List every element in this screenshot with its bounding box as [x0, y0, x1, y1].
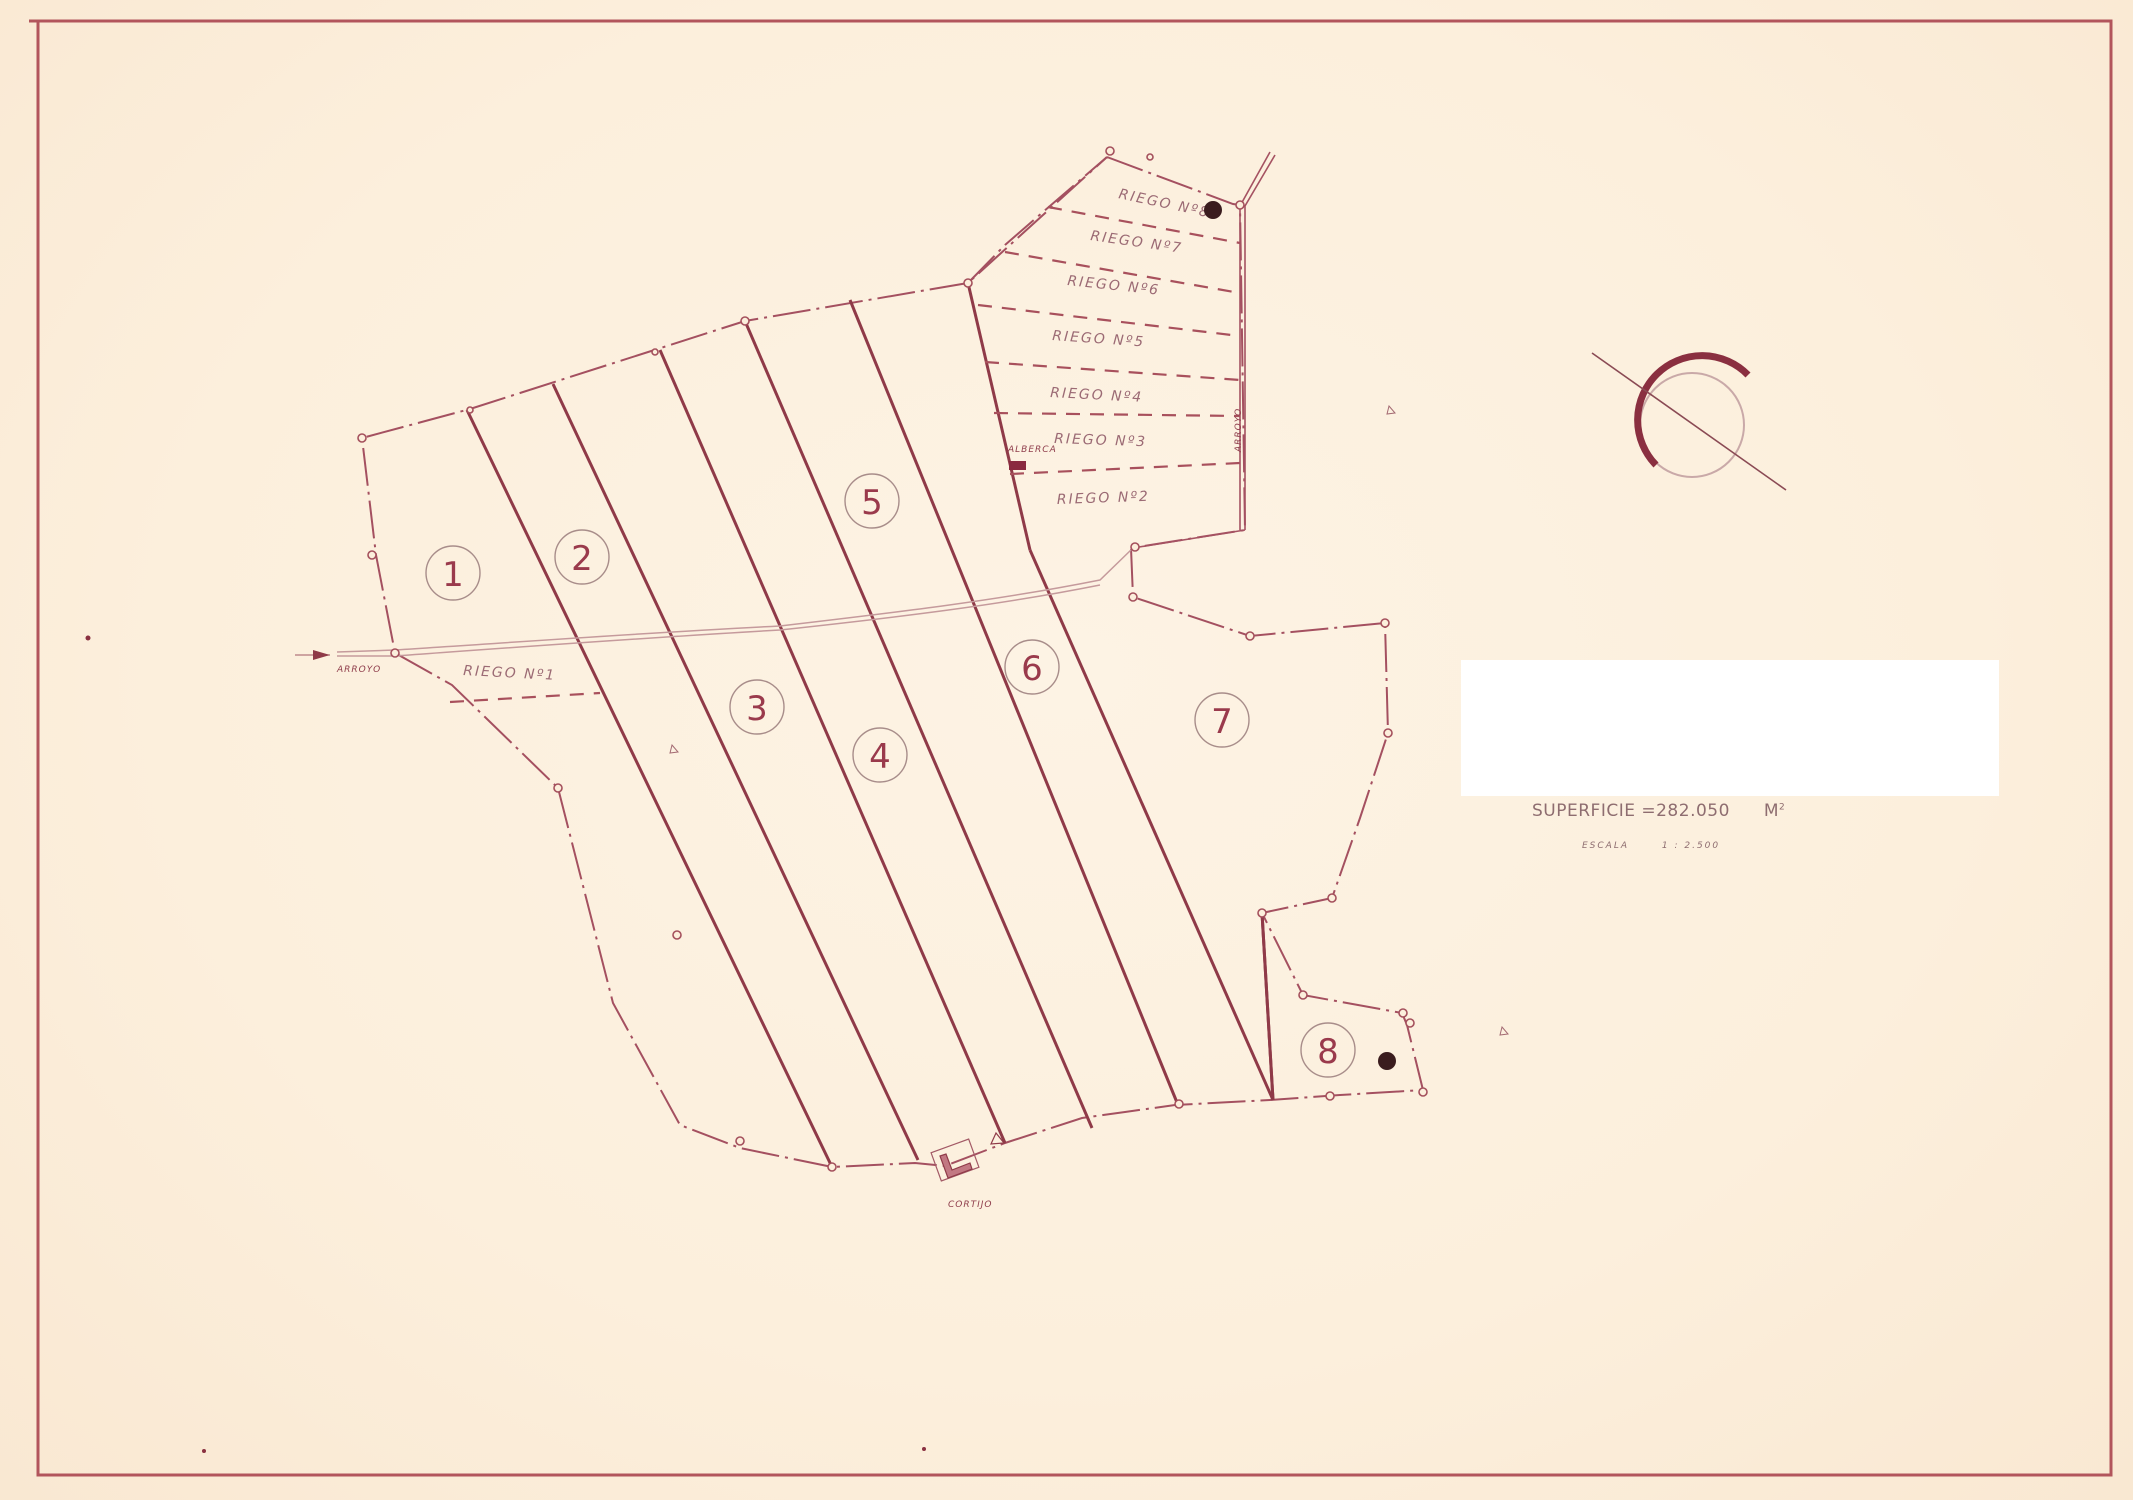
flow-arrow-icon	[313, 650, 330, 660]
area-label: SUPERFICIE =282.050 M2	[1532, 801, 1832, 821]
svg-text:1: 1	[442, 555, 464, 595]
riego-4-label: RIEGO Nº4	[1050, 385, 1144, 406]
alberca-icon	[1009, 461, 1026, 470]
riego-7-label: RIEGO Nº7	[1089, 228, 1183, 257]
svg-text:8: 8	[1317, 1032, 1339, 1072]
area-unit: M2	[1764, 801, 1785, 821]
svg-text:7: 7	[1211, 702, 1233, 742]
svg-text:5: 5	[861, 483, 883, 523]
svg-text:3: 3	[746, 689, 768, 729]
ink-blot	[1378, 1052, 1396, 1070]
riego-6-label: RIEGO Nº6	[1067, 273, 1161, 299]
ink-blot	[1204, 201, 1222, 219]
north-arrow-icon: N/M	[1592, 353, 1786, 490]
lot-4: 4	[853, 728, 907, 782]
cortijo-label: CORTIJO	[948, 1200, 993, 1210]
svg-text:4: 4	[869, 737, 891, 777]
lot-markers: 1 2 3 4 5 6 7 8	[426, 474, 1355, 1077]
lot-7: 7	[1195, 693, 1249, 747]
lot-2: 2	[555, 530, 609, 584]
scale-label: ESCALA 1 : 2.500	[1582, 841, 1832, 851]
lot-5: 5	[845, 474, 899, 528]
riego-2-label: RIEGO Nº2	[1057, 489, 1151, 508]
arroyo-west-label: ARROYO	[336, 665, 381, 675]
arroyo-east-label: ARROYO	[1234, 408, 1244, 453]
riego-8-label: RIEGO Nº8	[1117, 186, 1211, 221]
legend-block: SUPERFICIE =282.050 M2 ESCALA 1 : 2.500	[1532, 801, 1832, 851]
svg-text:6: 6	[1021, 649, 1043, 689]
riego-3-label: RIEGO Nº3	[1054, 431, 1148, 450]
riego-labels: RIEGO Nº1 RIEGO Nº2 RIEGO Nº3 RIEGO Nº4 …	[463, 186, 1212, 684]
lot-6: 6	[1005, 640, 1059, 694]
parcel-dividers	[467, 283, 1273, 1167]
map-sheet: 1 2 3 4 5 6 7 8 RIEGO Nº1 RIEGO Nº2 RIEG…	[0, 0, 2133, 1500]
redacted-title-block	[1461, 660, 1999, 796]
lot-8: 8	[1301, 1023, 1355, 1077]
riego-5-label: RIEGO Nº5	[1052, 328, 1146, 350]
svg-text:2: 2	[571, 539, 593, 579]
lot-1: 1	[426, 546, 480, 600]
riego-1-label: RIEGO Nº1	[463, 663, 557, 684]
lot-3: 3	[730, 680, 784, 734]
alberca-label: ALBERCA	[1007, 445, 1057, 455]
